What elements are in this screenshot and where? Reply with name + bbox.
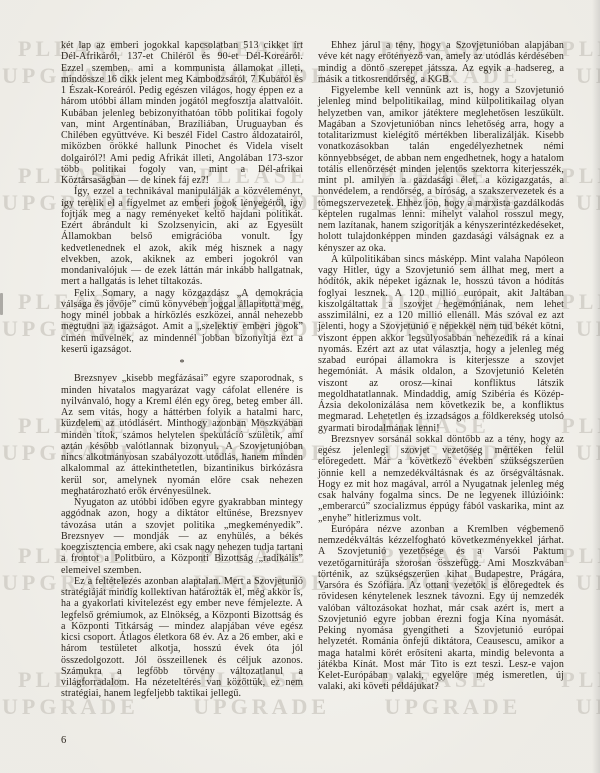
paragraph: A külpolitikában sincs másképp. Mint val…: [318, 254, 564, 434]
scanned-book-page: PLEASE PLEASE PLEASE PLEASE UPGRADE UPGR…: [0, 0, 600, 773]
paragraph: Felix Somary, a nagy közgazdász „A demok…: [61, 288, 303, 356]
paragraph: Ez a feltételezés azonban alaptalan. Mer…: [61, 576, 303, 700]
left-text-column: két lap az emberi jogokkal kapcsolatban …: [61, 40, 303, 700]
scan-edge-artifact: [0, 293, 3, 315]
section-separator-asterisk: *: [61, 358, 303, 369]
paragraph: Európára nézve azonban a Kremlben végbem…: [318, 524, 564, 693]
paragraph: Nyugaton az utóbbi időben egyre gyakrabb…: [61, 497, 303, 576]
paragraph: Figyelembe kell vennünk azt is, hogy a S…: [318, 85, 564, 254]
page-number: 6: [61, 735, 66, 746]
paragraph: Brezsnyev sorsánál sokkal döntőbb az a t…: [318, 434, 564, 524]
paragraph-continuation: két lap az emberi jogokkal kapcsolatban …: [61, 40, 303, 186]
paragraph: Ehhez járul a tény, hogy a Szovjetunióba…: [318, 40, 564, 85]
paragraph: Brezsnyev „kisebb megfázásai” egyre szap…: [61, 373, 303, 497]
paragraph: Így, ezzel a technikával manipulálják a …: [61, 186, 303, 287]
right-text-column: Ehhez járul a tény, hogy a Szovjetunióba…: [318, 40, 564, 693]
page-content: két lap az emberi jogokkal kapcsolatban …: [0, 0, 600, 773]
